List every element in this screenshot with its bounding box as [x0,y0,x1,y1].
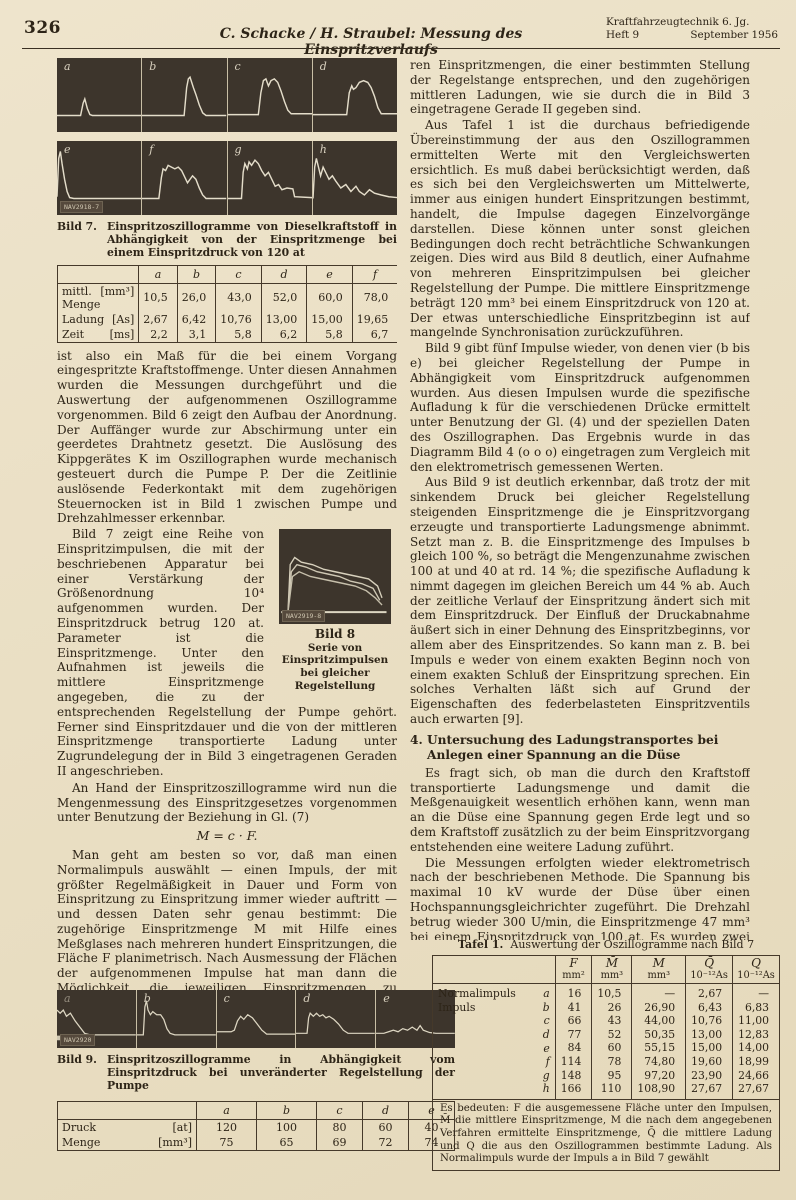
bild9-table: a b c d e Druck[at] 120 100 80 60 40 Men… [57,1101,455,1151]
bild9-strip: a NAV2920 b c d e [57,990,455,1048]
bild7-caption: Bild 7.Einspritzoszillogramme von Diesel… [57,220,397,260]
table-header-row: a b c d e f g h [58,265,398,283]
panel-label: b [144,992,151,1005]
tafel1-footnote: Es bedeuten: F die ausgemessene Fläche u… [433,1099,779,1170]
bild7-strip-2: e f g h NAV2918-7 [57,141,397,215]
table-row: mittl. Menge[mm³] 10,5 26,0 43,0 52,0 60… [58,283,398,312]
journal-issue: Heft 9 [606,29,639,42]
table-row: Ladung[As] 2,67 6,42 10,76 13,00 15,00 1… [58,312,398,327]
table-row: g 14895 97,2023,90 24,66 [433,1069,779,1083]
table-row: Zeit[ms] 2,2 3,1 5,8 6,2 5,8 6,7 8,5 11,… [58,327,398,343]
table-row: Druck[at] 120 100 80 60 40 [58,1119,455,1135]
journal-info: Kraftfahrzeugtechnik 6. Jg. Heft 9 Septe… [606,16,778,42]
oscillogram-panel-g: g [227,141,312,215]
table-row: Impulsb 4126 26,906,43 6,83 [433,1001,779,1015]
page-number: 326 [24,18,61,38]
figure-bild9: a NAV2920 b c d e Bild 9. [57,990,455,1151]
body-paragraph: An Hand der Einspritzoszillogramme wird … [57,781,397,825]
table-row: c 6643 44,0010,76 11,00 [433,1014,779,1028]
bild8-caption: Bild 8 Serie von Einspritzimpulsen bei g… [273,628,397,692]
panel-label: b [149,60,156,75]
body-paragraph: Aus Tafel 1 ist die durchaus befriedigen… [410,118,750,340]
equation-gl7: M = c · F. [57,829,397,844]
oscillogram-panel-c: c [227,58,312,132]
tafel1-caption: Tafel 1. Auswertung der Oszillogramme na… [432,938,780,951]
panel-label: c [224,992,230,1005]
table-row: d 7752 50,3513,00 12,83 [433,1028,779,1042]
body-paragraph: Aus Bild 9 ist deutlich erkennbar, daß t… [410,475,750,727]
table-row: Menge[mm³] 75 65 69 72 74 [58,1135,455,1151]
body-paragraph: ist also ein Maß für die bei einem Vorga… [57,349,397,527]
photo-stamp-bild7: NAV2918-7 [60,201,103,213]
bild8-text-wrap: NAV2919-8 Bild 8 Serie von Einspritzimpu… [57,527,397,780]
panel-label: a [64,60,71,75]
bild9-caption: Bild 9.Einspritzoszillogramme in Abhängi… [57,1053,455,1093]
table-row: h 166110 108,9027,67 27,67 [433,1082,779,1099]
journal-date: September 1956 [690,29,778,42]
oscillogram-panel-d: d [312,58,397,132]
running-title: C. Schacke / H. Straubel: Messung des Ei… [172,26,570,58]
panel-label: c [235,60,241,75]
panel-label: d [303,992,310,1005]
bild8-image: NAV2919-8 [279,529,391,624]
oscillogram-panel-c: c [216,990,296,1048]
panel-label: f [149,143,153,158]
photo-stamp-bild9: NAV2920 [60,1034,95,1046]
right-column: ren Einspritzmengen, die einer bestimmte… [410,58,750,940]
figure-bild7: a b c d e [57,58,397,343]
oscillogram-panel-a: a NAV2920 [57,990,136,1048]
left-column: a b c d e [57,58,397,992]
tafel1: Tafel 1. Auswertung der Oszillogramme na… [432,938,780,1171]
oscillogram-panel-f: f [141,141,226,215]
body-paragraph: Es fragt sich, ob man die durch den Kraf… [410,766,750,855]
bild8-caption-label: Bild 8 [315,627,355,641]
figure-bild8: NAV2919-8 Bild 8 Serie von Einspritzimpu… [273,529,397,692]
table-header-row: Fmm² M̄mm³ Mmm³ Q̄10⁻¹²As Q10⁻¹²As [433,956,779,984]
panel-label: h [320,143,327,158]
bild9-caption-label: Bild 9. [57,1053,107,1066]
journal-name: Kraftfahrzeugtechnik 6. Jg. [606,16,778,29]
oscillogram-panel-a: a [57,58,141,132]
oscillogram-panel-b: b [141,58,226,132]
page-header: 326 C. Schacke / H. Straubel: Messung de… [22,12,780,46]
table-row: f 11478 74,8019,60 18,99 [433,1055,779,1069]
table-row: Normalimpulsa 1610,5 —2,67 — [433,984,779,1001]
table-row: e 8460 55,1515,00 14,00 [433,1041,779,1055]
body-paragraph: Man geht am besten so vor, daß man einen… [57,848,397,992]
oscillogram-panel-d: d [295,990,375,1048]
tafel1-table: Fmm² M̄mm³ Mmm³ Q̄10⁻¹²As Q10⁻¹²As Norma… [433,956,779,1099]
body-paragraph: Bild 9 gibt fünf Impulse wieder, von den… [410,341,750,474]
bild7-table: a b c d e f g h mittl. Menge[mm³] 10,5 2… [57,265,397,343]
bild7-strip-1: a b c d [57,58,397,132]
section-heading-4: 4. Untersuchung des Ladungstransportes b… [410,733,750,763]
body-paragraph: ren Einspritzmengen, die einer bestimmte… [410,58,750,117]
body-paragraph: Die Messungen erfolgten wieder elektrome… [410,856,750,940]
panel-label: e [64,143,71,158]
panel-label: e [383,992,390,1005]
oscillogram-panel-b: b [136,990,216,1048]
oscillogram-panel-h: h [312,141,397,215]
panel-label: a [64,992,71,1005]
photo-stamp-bild8: NAV2919-8 [282,610,325,622]
tafel1-frame: Fmm² M̄mm³ Mmm³ Q̄10⁻¹²As Q10⁻¹²As Norma… [432,955,780,1171]
panel-label: d [320,60,327,75]
waveform-trace [142,141,226,215]
table-header-row: a b c d e [58,1101,455,1119]
header-rule [22,48,780,49]
bild7-caption-label: Bild 7. [57,220,107,233]
panel-label: g [235,143,242,158]
